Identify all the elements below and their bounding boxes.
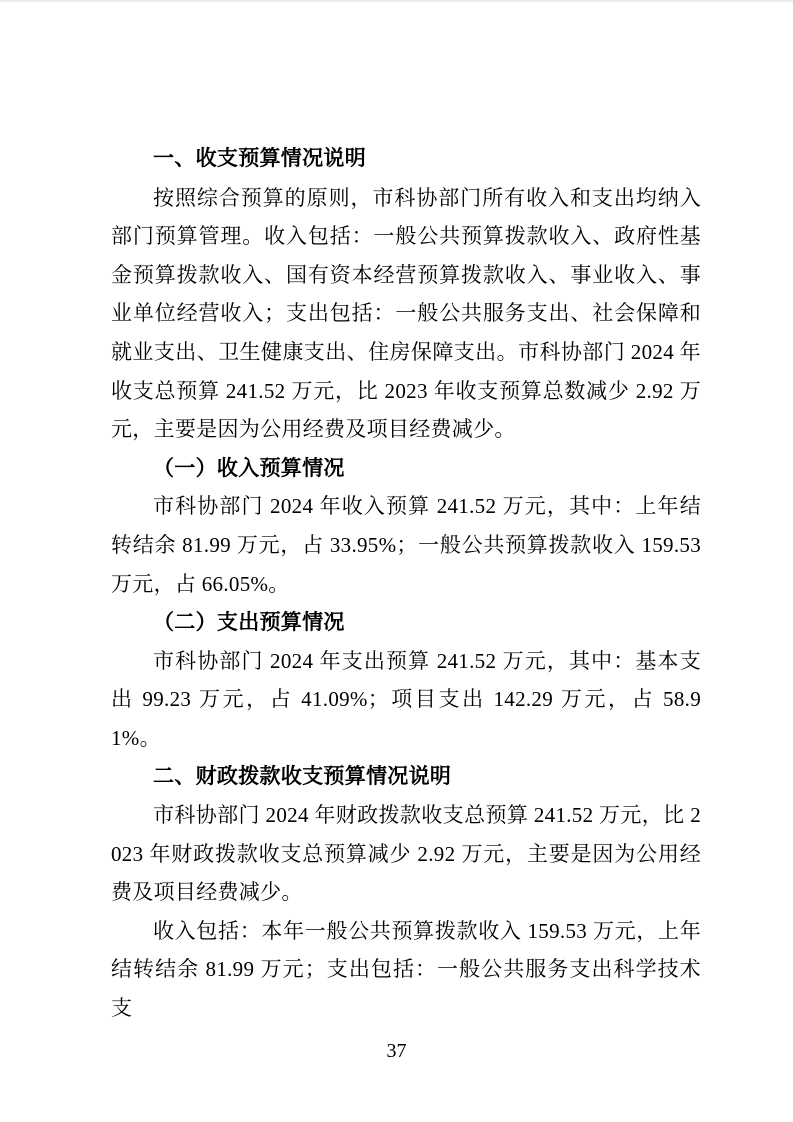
paragraph-expenditure-budget: 市科协部门 2024 年支出预算 241.52 万元，其中：基本支出 99.23… [111,642,701,758]
heading-expenditure-budget: （二）支出预算情况 [111,603,701,642]
heading-budget-overview: 一、收支预算情况说明 [111,140,701,179]
heading-fiscal-appropriation: 二、财政拨款收支预算情况说明 [111,758,701,797]
document-page: 一、收支预算情况说明 按照综合预算的原则，市科协部门所有收入和支出均纳入部门预算… [0,0,793,1122]
scan-edge-artifact [0,0,793,2]
paragraph-income-budget: 市科协部门 2024 年收入预算 241.52 万元，其中：上年结转结余 81.… [111,487,701,603]
page-number: 37 [0,1040,793,1062]
paragraph-budget-overview: 按照综合预算的原则，市科协部门所有收入和支出均纳入部门预算管理。收入包括：一般公… [111,179,701,449]
document-content: 一、收支预算情况说明 按照综合预算的原则，市科协部门所有收入和支出均纳入部门预算… [111,140,701,1028]
paragraph-fiscal-appropriation: 市科协部门 2024 年财政拨款收支总预算 241.52 万元，比 2023 年… [111,796,701,912]
paragraph-income-expenditure-detail: 收入包括：本年一般公共预算拨款收入 159.53 万元，上年结转结余 81.99… [111,912,701,1028]
heading-income-budget: （一）收入预算情况 [111,449,701,488]
